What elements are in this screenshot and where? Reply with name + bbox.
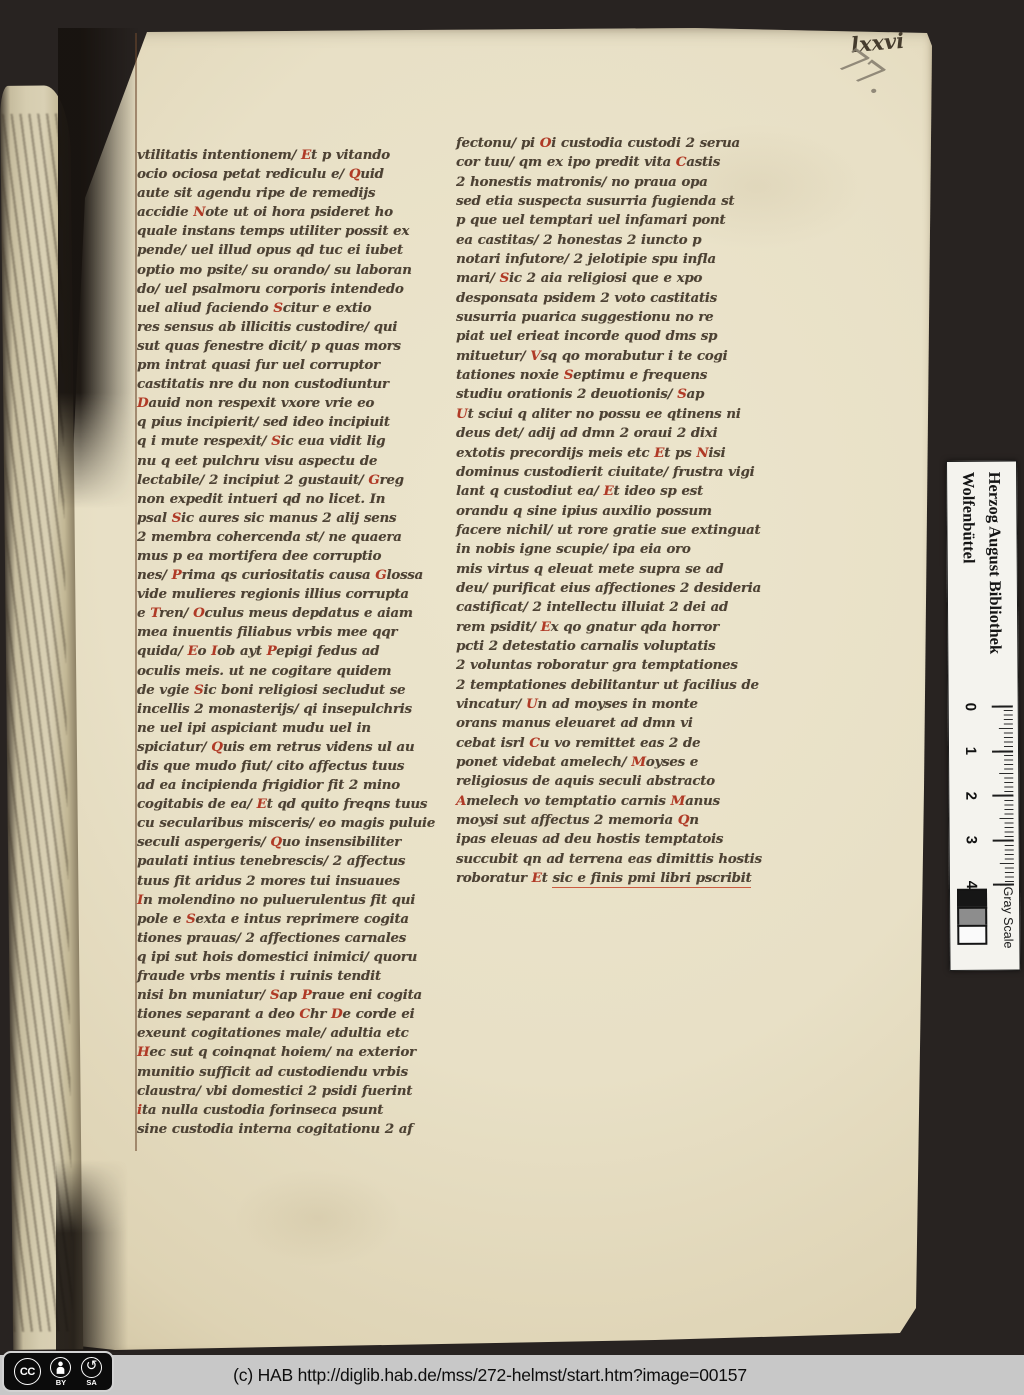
manuscript-text-line: do/ uel psalmoru corporis intendedo [137, 280, 415, 299]
rubric-mark: G [375, 567, 386, 583]
manuscript-text-line: tiones prauas/ 2 affectiones carnales [137, 929, 415, 948]
manuscript-text-line: vtilitatis intentionem/ Et p vitando [137, 146, 415, 165]
rubric-mark: H [137, 1044, 149, 1060]
manuscript-text-line: quale instans temps utiliter possit ex [137, 222, 415, 241]
manuscript-text-line: castitatis nre du non custodiuntur [137, 375, 415, 394]
manuscript-text-line: ita nulla custodia forinseca psunt [137, 1101, 415, 1120]
gutter-shadow-bottom [56, 1160, 128, 1352]
ruler-cm-tick [993, 839, 1014, 841]
manuscript-text-line: p que uel temptari uel infamari pont [456, 211, 768, 230]
rubric-mark: A [456, 793, 466, 809]
rubric-mark: N [696, 445, 708, 461]
sa-label: SA [86, 1379, 96, 1387]
manuscript-text-line: pole e Sexta e intus reprimere cogita [137, 910, 415, 929]
manuscript-text-line: pm intrat quasi fur uel corruptor [137, 356, 415, 375]
manuscript-text-line: ea castitas/ 2 honestas 2 iuncto p [456, 231, 768, 250]
manuscript-text-line: pcti 2 detestatio carnalis voluptatis [456, 637, 768, 656]
manuscript-text-line: rem psidit/ Ex qo gnatur qda horror [456, 618, 768, 637]
manuscript-text-line: accidie Note ut oi hora psideret ho [137, 203, 415, 222]
rubric-mark: S [677, 386, 686, 402]
ruler-number-1: 1 [961, 742, 979, 760]
manuscript-text-line: tationes noxie Septimu e frequens [456, 366, 768, 385]
by-label: BY [56, 1379, 66, 1387]
attribution-person-icon [50, 1357, 71, 1378]
manuscript-text-line: mis virtus q eleuat mete supra se ad [456, 560, 768, 579]
rubric-mark: T [150, 605, 159, 621]
manuscript-text-line: ipas eleuas ad deu hostis temptatois [456, 830, 768, 849]
rubric-mark: G [368, 472, 379, 488]
manuscript-text-line: exeunt cogitationes male/ adultia etc [137, 1024, 415, 1043]
rubric-mark: C [529, 735, 539, 751]
rubric-mark: Q [678, 812, 689, 828]
manuscript-text-line: de vgie Sic boni religiosi secludut se [137, 681, 415, 700]
ruler-cm-tick [992, 706, 1013, 708]
manuscript-text-line: optio mo psite/ su orando/ su laboran [137, 261, 415, 280]
manuscript-text-line: orans manus eleuaret ad dmn vi [456, 714, 768, 733]
manuscript-text-line: mituetur/ Vsq qo morabutur i te cogi [456, 347, 768, 366]
gray-scale-patch-white [957, 925, 987, 945]
rubric-mark: D [137, 395, 148, 411]
rubric-mark: O [193, 605, 204, 621]
manuscript-text-line: mari/ Sic 2 aia religiosi que e xpo [456, 269, 768, 288]
manuscript-text-line: vide mulieres regionis illius corrupta [137, 585, 415, 604]
rubric-mark: S [271, 433, 280, 449]
cc-icon: CC [14, 1358, 41, 1385]
manuscript-text-line: deus det/ adij ad dmn 2 oraui 2 dixi [456, 424, 768, 443]
manuscript-text-line: pende/ uel illud opus qd tuc ei iubet [137, 241, 415, 260]
ruler-number-2: 2 [961, 787, 979, 805]
red-underlined-explicit: sic e finis pmi libri pscribit [552, 870, 751, 888]
manuscript-text-line: notari infutore/ 2 jelotipie spu infla [456, 250, 768, 269]
footer-bar: (c) HAB http://diglib.hab.de/mss/272-hel… [0, 1355, 1024, 1395]
gutter-shadow-top [58, 28, 138, 508]
manuscript-text-line: studiu orationis 2 deuotionis/ Sap [456, 385, 768, 404]
manuscript-text-line: sed etia suspecta susurria fugienda st [456, 192, 768, 211]
rubric-mark: M [631, 754, 646, 770]
rubric-mark: S [186, 911, 195, 927]
manuscript-text-line: dominus custodierit ciuitate/ frustra vi… [456, 463, 768, 482]
manuscript-text-line: ad ea incipienda frigidior fit 2 mino [137, 776, 415, 795]
manuscript-text-line: moysi sut affectus 2 memoria Qn [456, 811, 768, 830]
cm-ruler: 0 1 2 3 4 [949, 706, 1019, 886]
manuscript-text-line: psal Sic aures sic manus 2 alij sens [137, 509, 415, 528]
manuscript-text-line: dis que mudo fiut/ cito affectus tuus [137, 757, 415, 776]
ruler-cm-tick [992, 750, 1013, 752]
rubric-mark: Q [211, 739, 222, 755]
rubric-mark: P [172, 567, 182, 583]
ruler-cm-tick [993, 884, 1014, 886]
manuscript-text-line: spiciatur/ Quis em retrus videns ul au [137, 738, 415, 757]
manuscript-text-line: Ut sciui q aliter no possu ee qtinens ni [456, 405, 768, 424]
share-alike-arrow-icon: ↺ [81, 1357, 102, 1378]
manuscript-text-line: lant q custodiut ea/ Et ideo sp est [456, 482, 768, 501]
rubric-mark: U [456, 406, 467, 422]
manuscript-text-line: q pius incipierit/ sed ideo incipiuit [137, 413, 415, 432]
cc-sa-block: ↺ SA [81, 1357, 102, 1387]
rubric-mark: Q [349, 166, 360, 182]
gray-scale-label: Gray Scale [1001, 887, 1016, 961]
manuscript-text-line: fraude vrbs mentis i ruinis tendit [137, 967, 415, 986]
institution-line2: Wolfenbüttel [955, 472, 983, 707]
manuscript-text-line: Amelech vo temptatio carnis Manus [456, 792, 768, 811]
rubric-mark: M [670, 793, 685, 809]
rubric-mark: I [211, 643, 217, 659]
ruler-number-0: 0 [961, 698, 979, 716]
rubric-mark: N [193, 204, 205, 220]
rubric-mark: U [526, 696, 537, 712]
manuscript-text-line: susurria puarica suggestionu no re [456, 308, 768, 327]
rubric-mark: S [564, 367, 573, 383]
institution-name: Herzog August Bibliothek Wolfenbüttel [955, 472, 1009, 707]
manuscript-text-line: sut quas fenestre dicit/ p quas mors [137, 337, 415, 356]
ruler-cm-tick [992, 795, 1013, 797]
gray-scale-strip: Gray Scale [950, 889, 1019, 959]
ruler-number-3: 3 [962, 831, 980, 849]
sa-arrow-glyph: ↺ [86, 1359, 98, 1373]
manuscript-text-line: claustra/ vbi domestici 2 psidi fuerint [137, 1082, 415, 1101]
manuscript-text-line: munitio sufficit ad custodiendu vrbis [137, 1063, 415, 1082]
rubric-mark: E [301, 147, 311, 163]
manuscript-text-line: ne uel ipi aspiciant mudu uel in [137, 719, 415, 738]
manuscript-text-line: castificat/ 2 intellectu illuiat 2 dei a… [456, 598, 768, 617]
manuscript-text-line: ponet videbat amelech/ Moyses e [456, 753, 768, 772]
manuscript-text-line: tiones separant a deo Chr De corde ei [137, 1005, 415, 1024]
manuscript-text-line: lectabile/ 2 incipiut 2 gustauit/ Greg [137, 471, 415, 490]
manuscript-text-line: fectonu/ pi Oi custodia custodi 2 serua [456, 134, 768, 153]
manuscript-text-line: aute sit agendu ripe de remedijs [137, 184, 415, 203]
manuscript-text-line: 2 voluntas roboratur gra temptationes [456, 656, 768, 675]
rubric-mark: D [331, 1006, 342, 1022]
manuscript-text-line: in nobis igne scupie/ ipa eia oro [456, 540, 768, 559]
manuscript-text-line: succubit qn ad terrena eas dimittis host… [456, 850, 768, 869]
digitized-manuscript-scan: { "colors": { "background": "#282321", "… [0, 0, 1024, 1395]
manuscript-text-line: piat uel erieat incorde quod dms sp [456, 327, 768, 346]
rubric-mark: C [299, 1006, 309, 1022]
manuscript-text-line: nes/ Prima qs curiositatis causa Glossa [137, 566, 415, 585]
rubric-mark: Q [270, 834, 281, 850]
text-column-right: fectonu/ pi Oi custodia custodi 2 seruac… [456, 134, 768, 888]
rubric-mark: C [676, 154, 686, 170]
manuscript-text-line: 2 honestis matronis/ no praua opa [456, 173, 768, 192]
text-column-left: vtilitatis intentionem/ Et p vitandoocio… [137, 146, 415, 1139]
manuscript-text-line: In molendino no puluerulentus fit qui [137, 891, 415, 910]
manuscript-text-line: tuus fit aridus 2 mores tui insuaues [137, 872, 415, 891]
manuscript-text-line: seculi aspergeris/ Quo insensibiliter [137, 833, 415, 852]
manuscript-text-line: oculis meis. ut ne cogitare quidem [137, 662, 415, 681]
manuscript-text-line: desponsata psidem 2 voto castitatis [456, 289, 768, 308]
manuscript-text-line: incellis 2 monasterijs/ qi insepulchris [137, 700, 415, 719]
manuscript-text-line: roboratur Et sic e finis pmi libri pscri… [456, 869, 768, 888]
manuscript-text-line: deu/ purificat eius affectiones 2 deside… [456, 579, 768, 598]
manuscript-text-line: facere nichil/ ut rore gratie sue exting… [456, 521, 768, 540]
cc-by-block: BY [50, 1357, 71, 1387]
rubric-mark: P [302, 987, 312, 1003]
manuscript-text-line: ocio ociosa petat rediculu e/ Quid [137, 165, 415, 184]
rubric-mark: E [603, 483, 613, 499]
copyright-url-text: (c) HAB http://diglib.hab.de/mss/272-hel… [233, 1365, 747, 1386]
manuscript-text-line: sine custodia interna cogitationu 2 af [137, 1120, 415, 1139]
manuscript-text-line: paulati intius tenebrescis/ 2 affectus [137, 852, 415, 871]
manuscript-text-line: religiosus de aquis seculi abstracto [456, 772, 768, 791]
gray-scale-patches [957, 889, 987, 945]
rubric-mark: P [267, 643, 276, 659]
manuscript-text-line: cu secularibus misceris/ eo magis puluie [137, 814, 415, 833]
rubric-mark: E [257, 796, 267, 812]
rubric-mark: S [172, 510, 181, 526]
manuscript-text-line: orandu q sine ipius auxilio possum [456, 502, 768, 521]
manuscript-text-line: cor tuu/ qm ex ipo predit vita Castis [456, 153, 768, 172]
rubric-mark: E [532, 870, 542, 886]
manuscript-text-line: nisi bn muniatur/ Sap Praue eni cogita [137, 986, 415, 1005]
rubric-mark: S [500, 270, 509, 286]
rubric-mark: E [541, 619, 551, 635]
manuscript-text-line: quida/ Eo Iob ayt Pepigi fedus ad [137, 642, 415, 661]
manuscript-text-line: extotis precordijs meis etc Et ps Nisi [456, 444, 768, 463]
library-color-scale-label: Herzog August Bibliothek Wolfenbüttel 0 … [946, 461, 1021, 971]
rubric-mark: I [137, 892, 143, 908]
manuscript-text-line: q i mute respexit/ Sic eua vidit lig [137, 432, 415, 451]
institution-line1: Herzog August Bibliothek [981, 472, 1009, 707]
cc-license-badge: CC BY ↺ SA [2, 1351, 114, 1392]
rubric-mark: V [530, 348, 540, 364]
manuscript-text-line: q ipi sut hois domestici inimici/ quoru [137, 948, 415, 967]
rubric-mark: S [194, 682, 203, 698]
manuscript-text-line: mea inuentis filiabus vrbis mee qqr [137, 623, 415, 642]
rubric-mark: S [273, 300, 282, 316]
manuscript-text-line: Dauid non respexit vxore vrie eo [137, 394, 415, 413]
manuscript-text-line: vincatur/ Un ad moyses in monte [456, 695, 768, 714]
rubric-mark: E [188, 643, 198, 659]
manuscript-text-line: res sensus ab illicitis custodire/ qui [137, 318, 415, 337]
manuscript-text-line: Hec sut q coinqnat hoiem/ na exterior [137, 1043, 415, 1062]
manuscript-text-line: e Tren/ Oculus meus depdatus e aiam [137, 604, 415, 623]
manuscript-text-line: 2 membra cohercenda st/ ne quaera [137, 528, 415, 547]
manuscript-text-line: non expedit intueri qd no licet. In [137, 490, 415, 509]
manuscript-text-line: cebat isrl Cu vo remittet eas 2 de [456, 734, 768, 753]
manuscript-text-line: 2 temptationes debilitantur ut facilius … [456, 676, 768, 695]
rubric-mark: O [540, 135, 551, 151]
manuscript-text-line: uel aliud faciendo Scitur e extio [137, 299, 415, 318]
manuscript-text-line: cogitabis de ea/ Et qd quito freqns tuus [137, 795, 415, 814]
manuscript-text-line: mus p ea mortifera dee corruptio [137, 547, 415, 566]
rubric-mark: S [270, 987, 279, 1003]
rubric-mark: E [654, 445, 664, 461]
manuscript-text-line: nu q eet pulchru visu aspectu de [137, 452, 415, 471]
rubric-mark: i [137, 1102, 142, 1118]
